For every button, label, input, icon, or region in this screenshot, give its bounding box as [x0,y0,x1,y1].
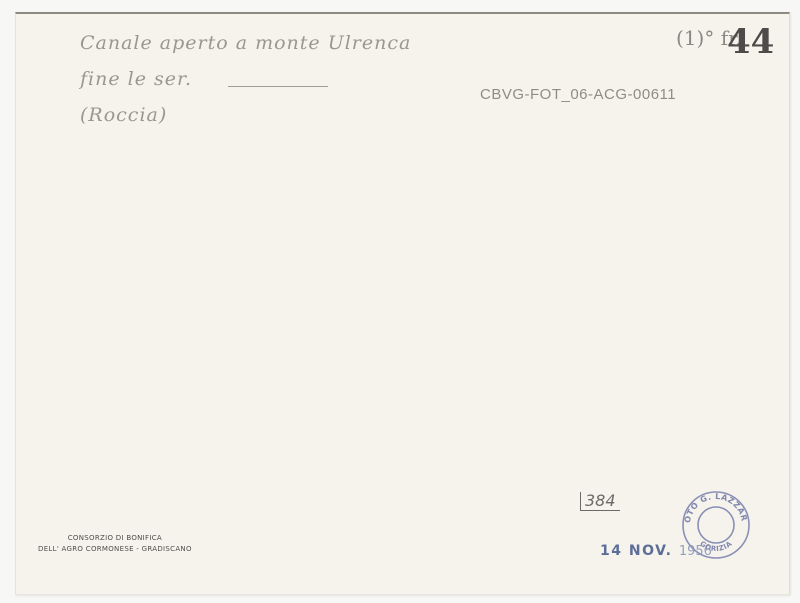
date-stamp-day-month: 14 NOV. [600,543,672,559]
studio-stamp-icon: FOTO G. LAZZARO GORIZIA [681,490,751,560]
consortium-stamp-line1: CONSORZIO DI BONIFICA [38,533,192,544]
svg-text:GORIZIA: GORIZIA [698,540,734,554]
archive-code: CBVG-FOT_06-ACG-00611 [480,86,676,103]
studio-stamp-bottom-text: GORIZIA [698,540,734,554]
handwritten-caption-line1: Canale aperto a monte Ulrenca [80,32,411,54]
consortium-stamp-line2: DELL' AGRO CORMONESE - GRADISCANO [38,544,192,555]
handwritten-caption-line3: (Roccia) [80,104,167,126]
handwritten-caption-line2: fine le ser. [80,68,192,90]
inventory-number: 384 [580,492,620,511]
reference-number: 44 [727,22,774,62]
consortium-stamp: CONSORZIO DI BONIFICA DELL' AGRO CORMONE… [38,533,192,555]
handwritten-underline [228,86,328,87]
